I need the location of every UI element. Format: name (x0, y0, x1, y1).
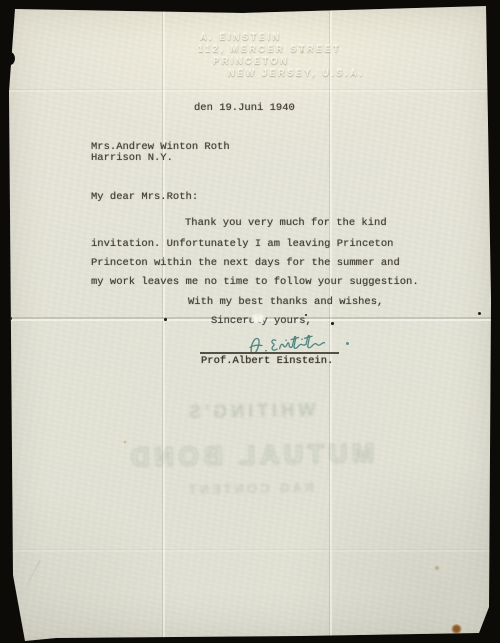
fold-speck-1 (9, 317, 12, 320)
fold-speck-2 (164, 318, 167, 321)
bleed-through-line-2: MUTUAL BOND (0, 436, 500, 476)
white-smudge (251, 314, 265, 323)
fold-crease-vertical-left (162, 0, 165, 643)
letterhead-state: NEW JERSEY, U.S.A. (228, 67, 364, 79)
letterhead-city: PRINCETON (213, 55, 364, 67)
fold-crease-horizontal-top (0, 89, 500, 92)
letterhead-name: A. EINSTEIN (200, 31, 364, 43)
letter-paper: WHITING'S MUTUAL BOND RAG CONTENT A. EIN… (0, 0, 500, 643)
signature-ink-dot (346, 342, 349, 345)
fold-crease-horizontal-bottom (0, 549, 500, 552)
typed-name: Prof.Albert Einstein. (201, 356, 333, 367)
typed-signature-rule (200, 352, 339, 354)
body-line-5: With my best thanks and wishes, (188, 297, 383, 308)
letter-date: den 19.Juni 1940 (194, 103, 295, 114)
body-line-1: Thank you very much for the kind (185, 218, 387, 229)
foxing-stain-top (300, 50, 305, 54)
fold-speck-3 (331, 322, 334, 325)
fold-speck-5 (305, 314, 307, 316)
salutation: My dear Mrs.Roth: (91, 192, 198, 203)
bleed-through-line-1: WHITING'S (0, 397, 500, 427)
letterhead-street: 112, MERCER STREET (198, 43, 364, 55)
fold-speck-4 (478, 312, 481, 315)
body-line-2: invitation. Unfortunately I am leaving P… (91, 239, 393, 250)
letter-photograph: WHITING'S MUTUAL BOND RAG CONTENT A. EIN… (0, 0, 500, 643)
embossed-letterhead: A. EINSTEIN 112, MERCER STREET PRINCETON… (200, 31, 364, 79)
foxing-stain-bottom-right (451, 624, 462, 634)
body-line-4: my work leaves me no time to follow your… (91, 277, 419, 288)
foxing-stain-middle (434, 565, 440, 571)
bleed-through-line-3: RAG CONTENT (0, 477, 500, 501)
recipient-city: Harrison N.Y. (91, 153, 173, 164)
paper-edge-notch (5, 52, 15, 65)
body-line-3: Princeton within the next days for the s… (91, 258, 400, 269)
corner-crease (0, 560, 41, 640)
foxing-stain-small (123, 440, 127, 444)
